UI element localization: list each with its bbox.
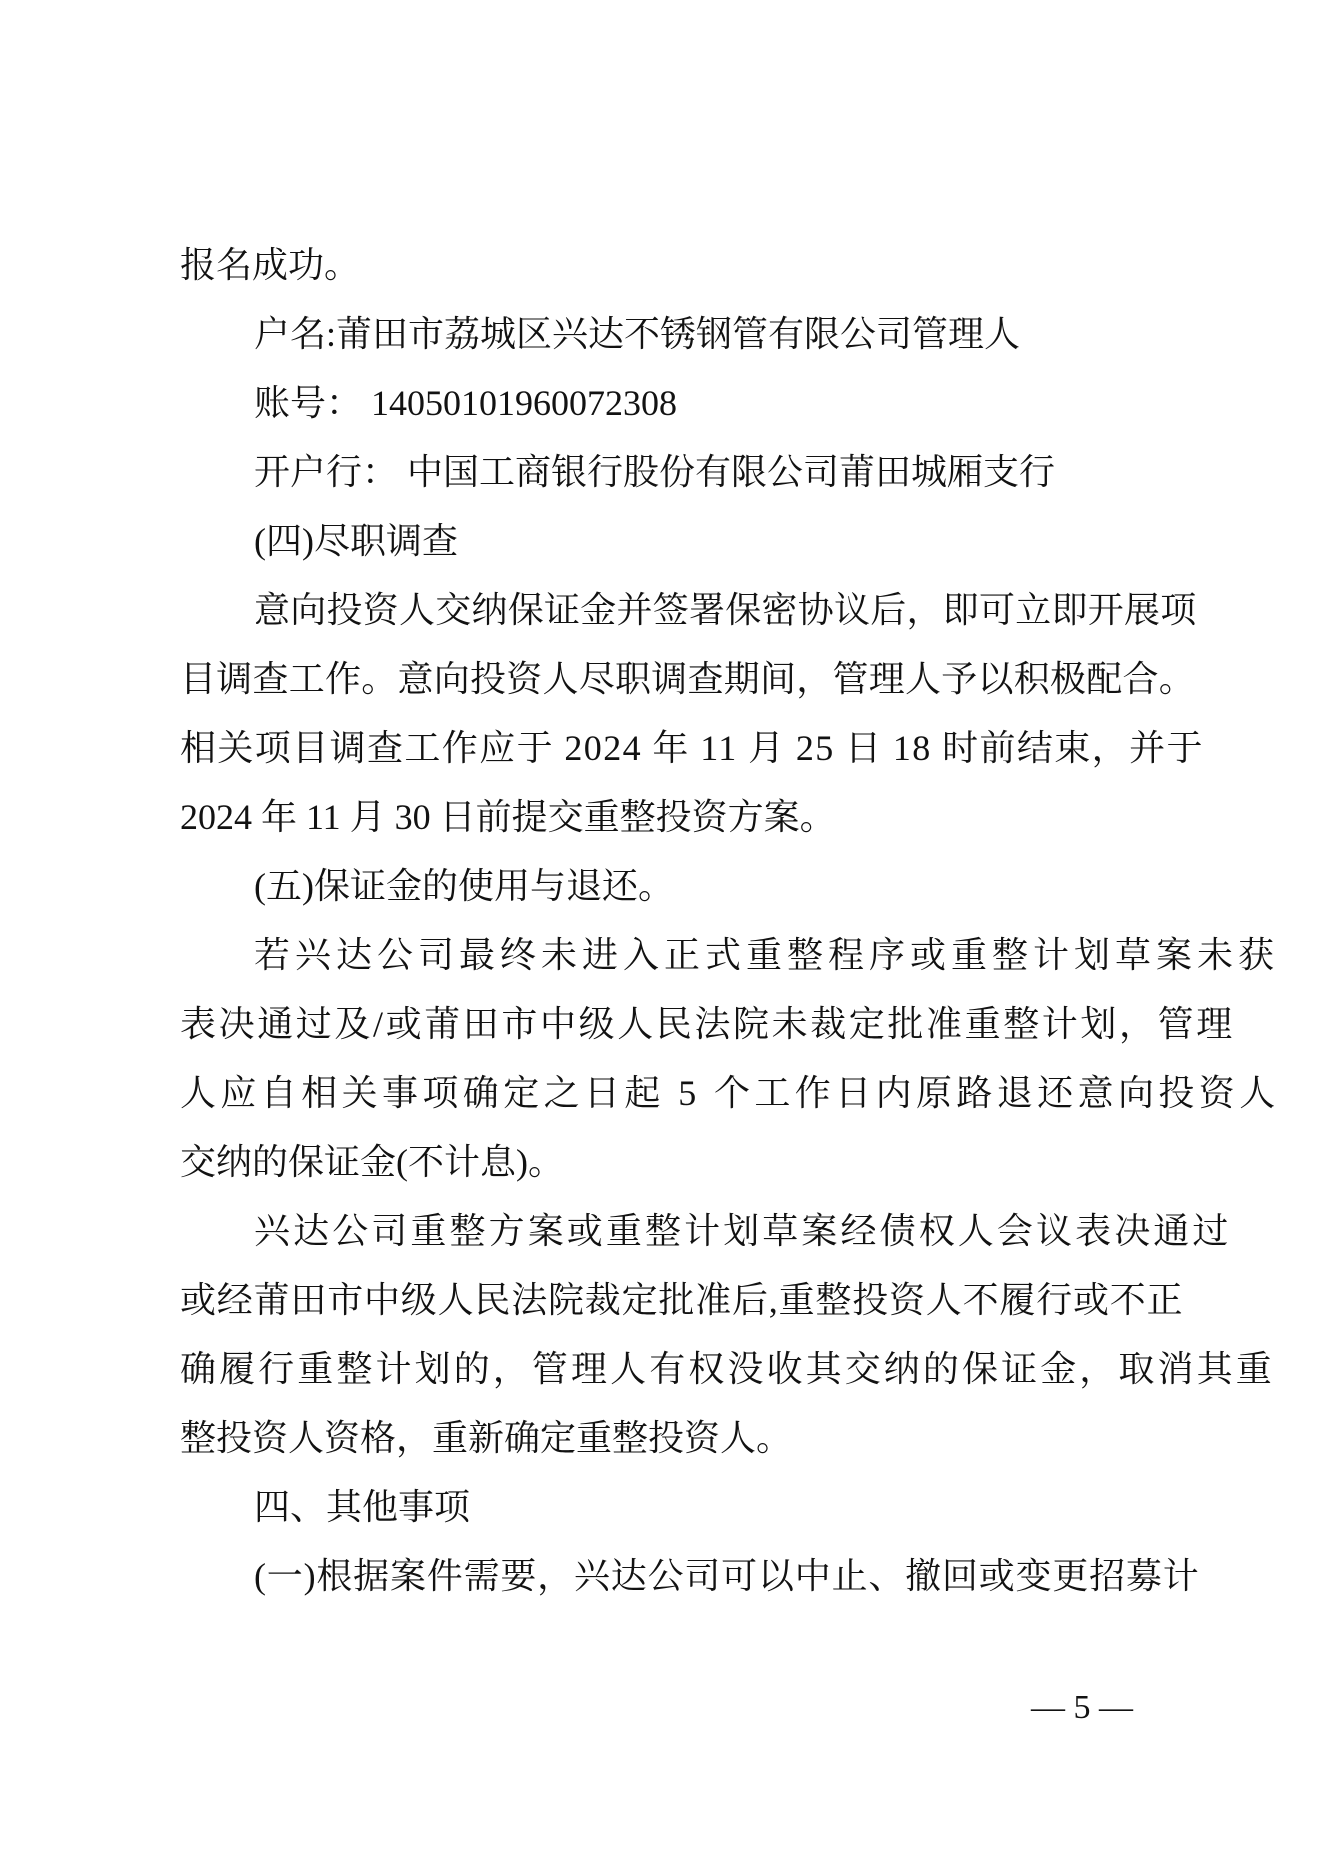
page-number: — 5 —	[1031, 1688, 1133, 1728]
document-line: 账号： 14050101960072308	[180, 369, 1195, 438]
document-line: 意向投资人交纳保证金并签署保密协议后，即可立即开展项	[180, 576, 1195, 645]
document-line: 报名成功。	[180, 231, 1195, 300]
document-line: 或经莆田市中级人民法院裁定批准后,重整投资人不履行或不正	[180, 1266, 1195, 1335]
document-line: 2024 年 11 月 30 日前提交重整投资方案。	[180, 783, 1195, 852]
document-line: 确履行重整计划的，管理人有权没收其交纳的保证金，取消其重	[180, 1335, 1195, 1404]
document-page: 报名成功。 户名:莆田市荔城区兴达不锈钢管有限公司管理人 账号： 1405010…	[0, 0, 1323, 1871]
document-line: 交纳的保证金(不计息)。	[180, 1128, 1195, 1197]
document-line: 兴达公司重整方案或重整计划草案经债权人会议表决通过	[180, 1197, 1195, 1266]
document-line-section-heading: (四)尽职调查	[180, 507, 1195, 576]
document-line: 开户行： 中国工商银行股份有限公司莆田城厢支行	[180, 438, 1195, 507]
document-line: (一)根据案件需要，兴达公司可以中止、撤回或变更招募计	[180, 1542, 1195, 1611]
document-line: 整投资人资格，重新确定重整投资人。	[180, 1404, 1195, 1473]
document-line: 目调查工作。意向投资人尽职调查期间，管理人予以积极配合。	[180, 645, 1195, 714]
document-line-section-heading: 四、其他事项	[180, 1473, 1195, 1542]
document-line: 相关项目调查工作应于 2024 年 11 月 25 日 18 时前结束，并于	[180, 714, 1195, 783]
document-line: 若兴达公司最终未进入正式重整程序或重整计划草案未获	[180, 921, 1195, 990]
document-line-section-heading: (五)保证金的使用与退还。	[180, 852, 1195, 921]
document-line: 表决通过及/或莆田市中级人民法院未裁定批准重整计划，管理	[180, 990, 1195, 1059]
document-line: 人应自相关事项确定之日起 5 个工作日内原路退还意向投资人	[180, 1059, 1195, 1128]
document-line: 户名:莆田市荔城区兴达不锈钢管有限公司管理人	[180, 300, 1195, 369]
